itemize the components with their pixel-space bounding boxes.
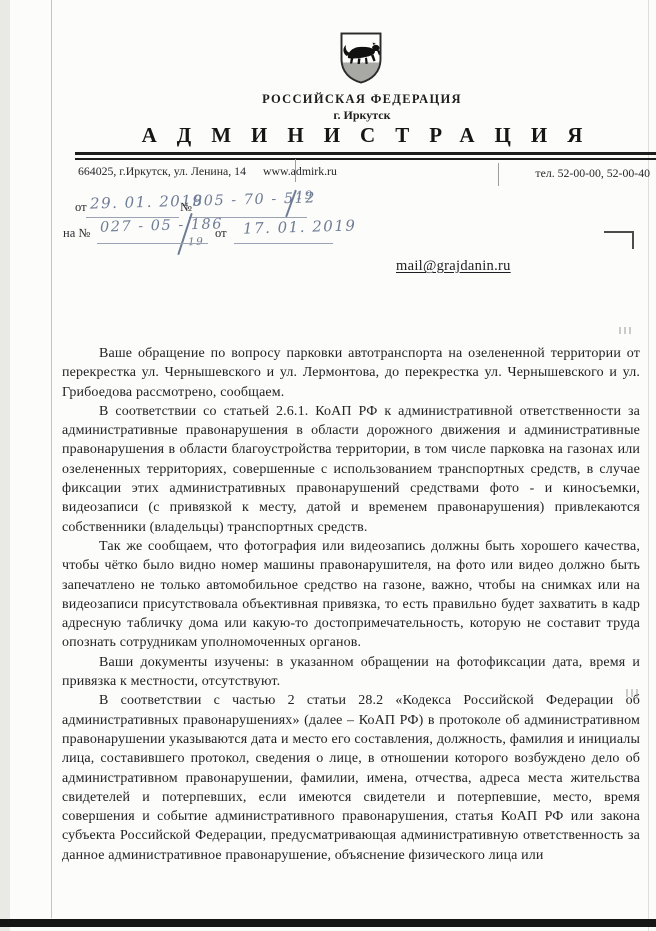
phone-divider-line	[498, 163, 499, 186]
form-underline	[234, 243, 333, 244]
recipient-email: mail@grajdanin.ru	[396, 258, 511, 275]
scan-artifact	[626, 689, 639, 697]
paragraph: В соответствии со статьей 2.6.1. КоАП РФ…	[62, 402, 640, 537]
phone-numbers: тел. 52-00-00, 52-00-40	[535, 166, 650, 181]
form-underline	[97, 243, 208, 244]
scan-left-edge-strip	[0, 0, 10, 931]
letterhead-double-rule	[75, 152, 656, 160]
incoming-number-handwritten: 027 - 05 - 186	[100, 216, 223, 235]
outgoing-date-label: от	[75, 200, 87, 215]
organization-title: АДМИНИСТРАЦИЯ	[68, 123, 656, 148]
incoming-date-handwritten: 17. 01. 2019	[243, 216, 357, 237]
irkutsk-coat-of-arms-icon	[339, 31, 383, 90]
scan-artifact	[619, 327, 634, 334]
scanned-letter-page: РОССИЙСКАЯ ФЕДЕРАЦИЯ г. Иркутск АДМИНИСТ…	[0, 0, 656, 931]
paragraph: Ваше обращение по вопросу парковки автот…	[62, 344, 640, 402]
address-zone-corner-mark	[604, 231, 634, 249]
page-fold-line	[51, 0, 52, 918]
incoming-number-suffix: 19	[188, 236, 205, 248]
incoming-date-label: от	[215, 226, 227, 241]
scan-bottom-bar	[0, 919, 656, 927]
paragraph: Ваши документы изучены: в указанном обра…	[62, 653, 640, 692]
incoming-number-label: на №	[63, 226, 90, 241]
postal-address: 664025, г.Иркутск, ул. Ленина, 14	[78, 164, 246, 178]
city-name: г. Иркутск	[68, 108, 656, 123]
website-url: www.admirk.ru	[263, 164, 337, 178]
address-line: 664025, г.Иркутск, ул. Ленина, 14 www.ad…	[78, 164, 337, 179]
header-divider-line	[295, 159, 296, 182]
country-name: РОССИЙСКАЯ ФЕДЕРАЦИЯ	[68, 92, 656, 107]
paragraph: В соответствии с частью 2 статьи 28.2 «К…	[62, 691, 640, 865]
paragraph: Так же сообщаем, что фотография или виде…	[62, 537, 640, 653]
outgoing-number-suffix: 19	[296, 188, 314, 202]
letter-body: Ваше обращение по вопросу парковки автот…	[62, 344, 640, 865]
